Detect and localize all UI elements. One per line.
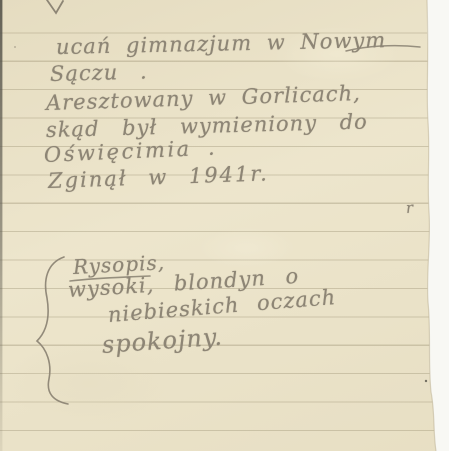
margin-mark: r <box>405 200 414 216</box>
handwriting-line-2: Sączu . <box>50 60 148 85</box>
scanned-document: ucań gimnazjum w Nowym Sączu . Aresztowa… <box>0 0 449 451</box>
